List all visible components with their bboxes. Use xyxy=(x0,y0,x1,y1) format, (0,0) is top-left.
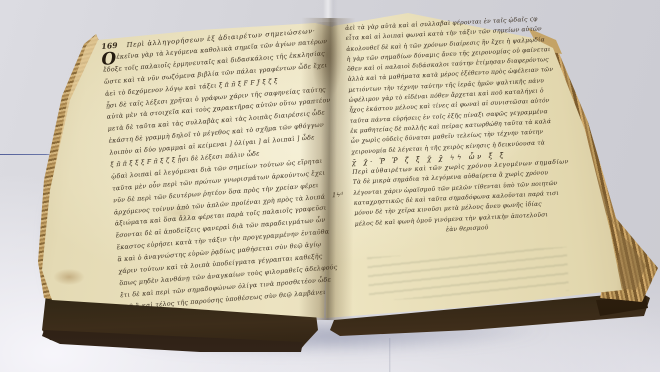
photo-canvas: 169 Περὶ ἀλληγορήσεων ἐξ ἀδιαιρέτων σημε… xyxy=(0,0,660,372)
gutter-top-shadow xyxy=(306,22,348,132)
drop-cap-initial: Ο xyxy=(101,49,117,70)
page-stain xyxy=(48,266,90,288)
right-page-text: ἀεὶ τὰ γὰρ αὐτὰ καὶ αἱ συλλαβαὶ φέρονται… xyxy=(345,13,579,240)
right-page-body: ἀεὶ τὰ γὰρ αὐτὰ καὶ αἱ συλλαβαὶ φέρονται… xyxy=(345,13,579,240)
